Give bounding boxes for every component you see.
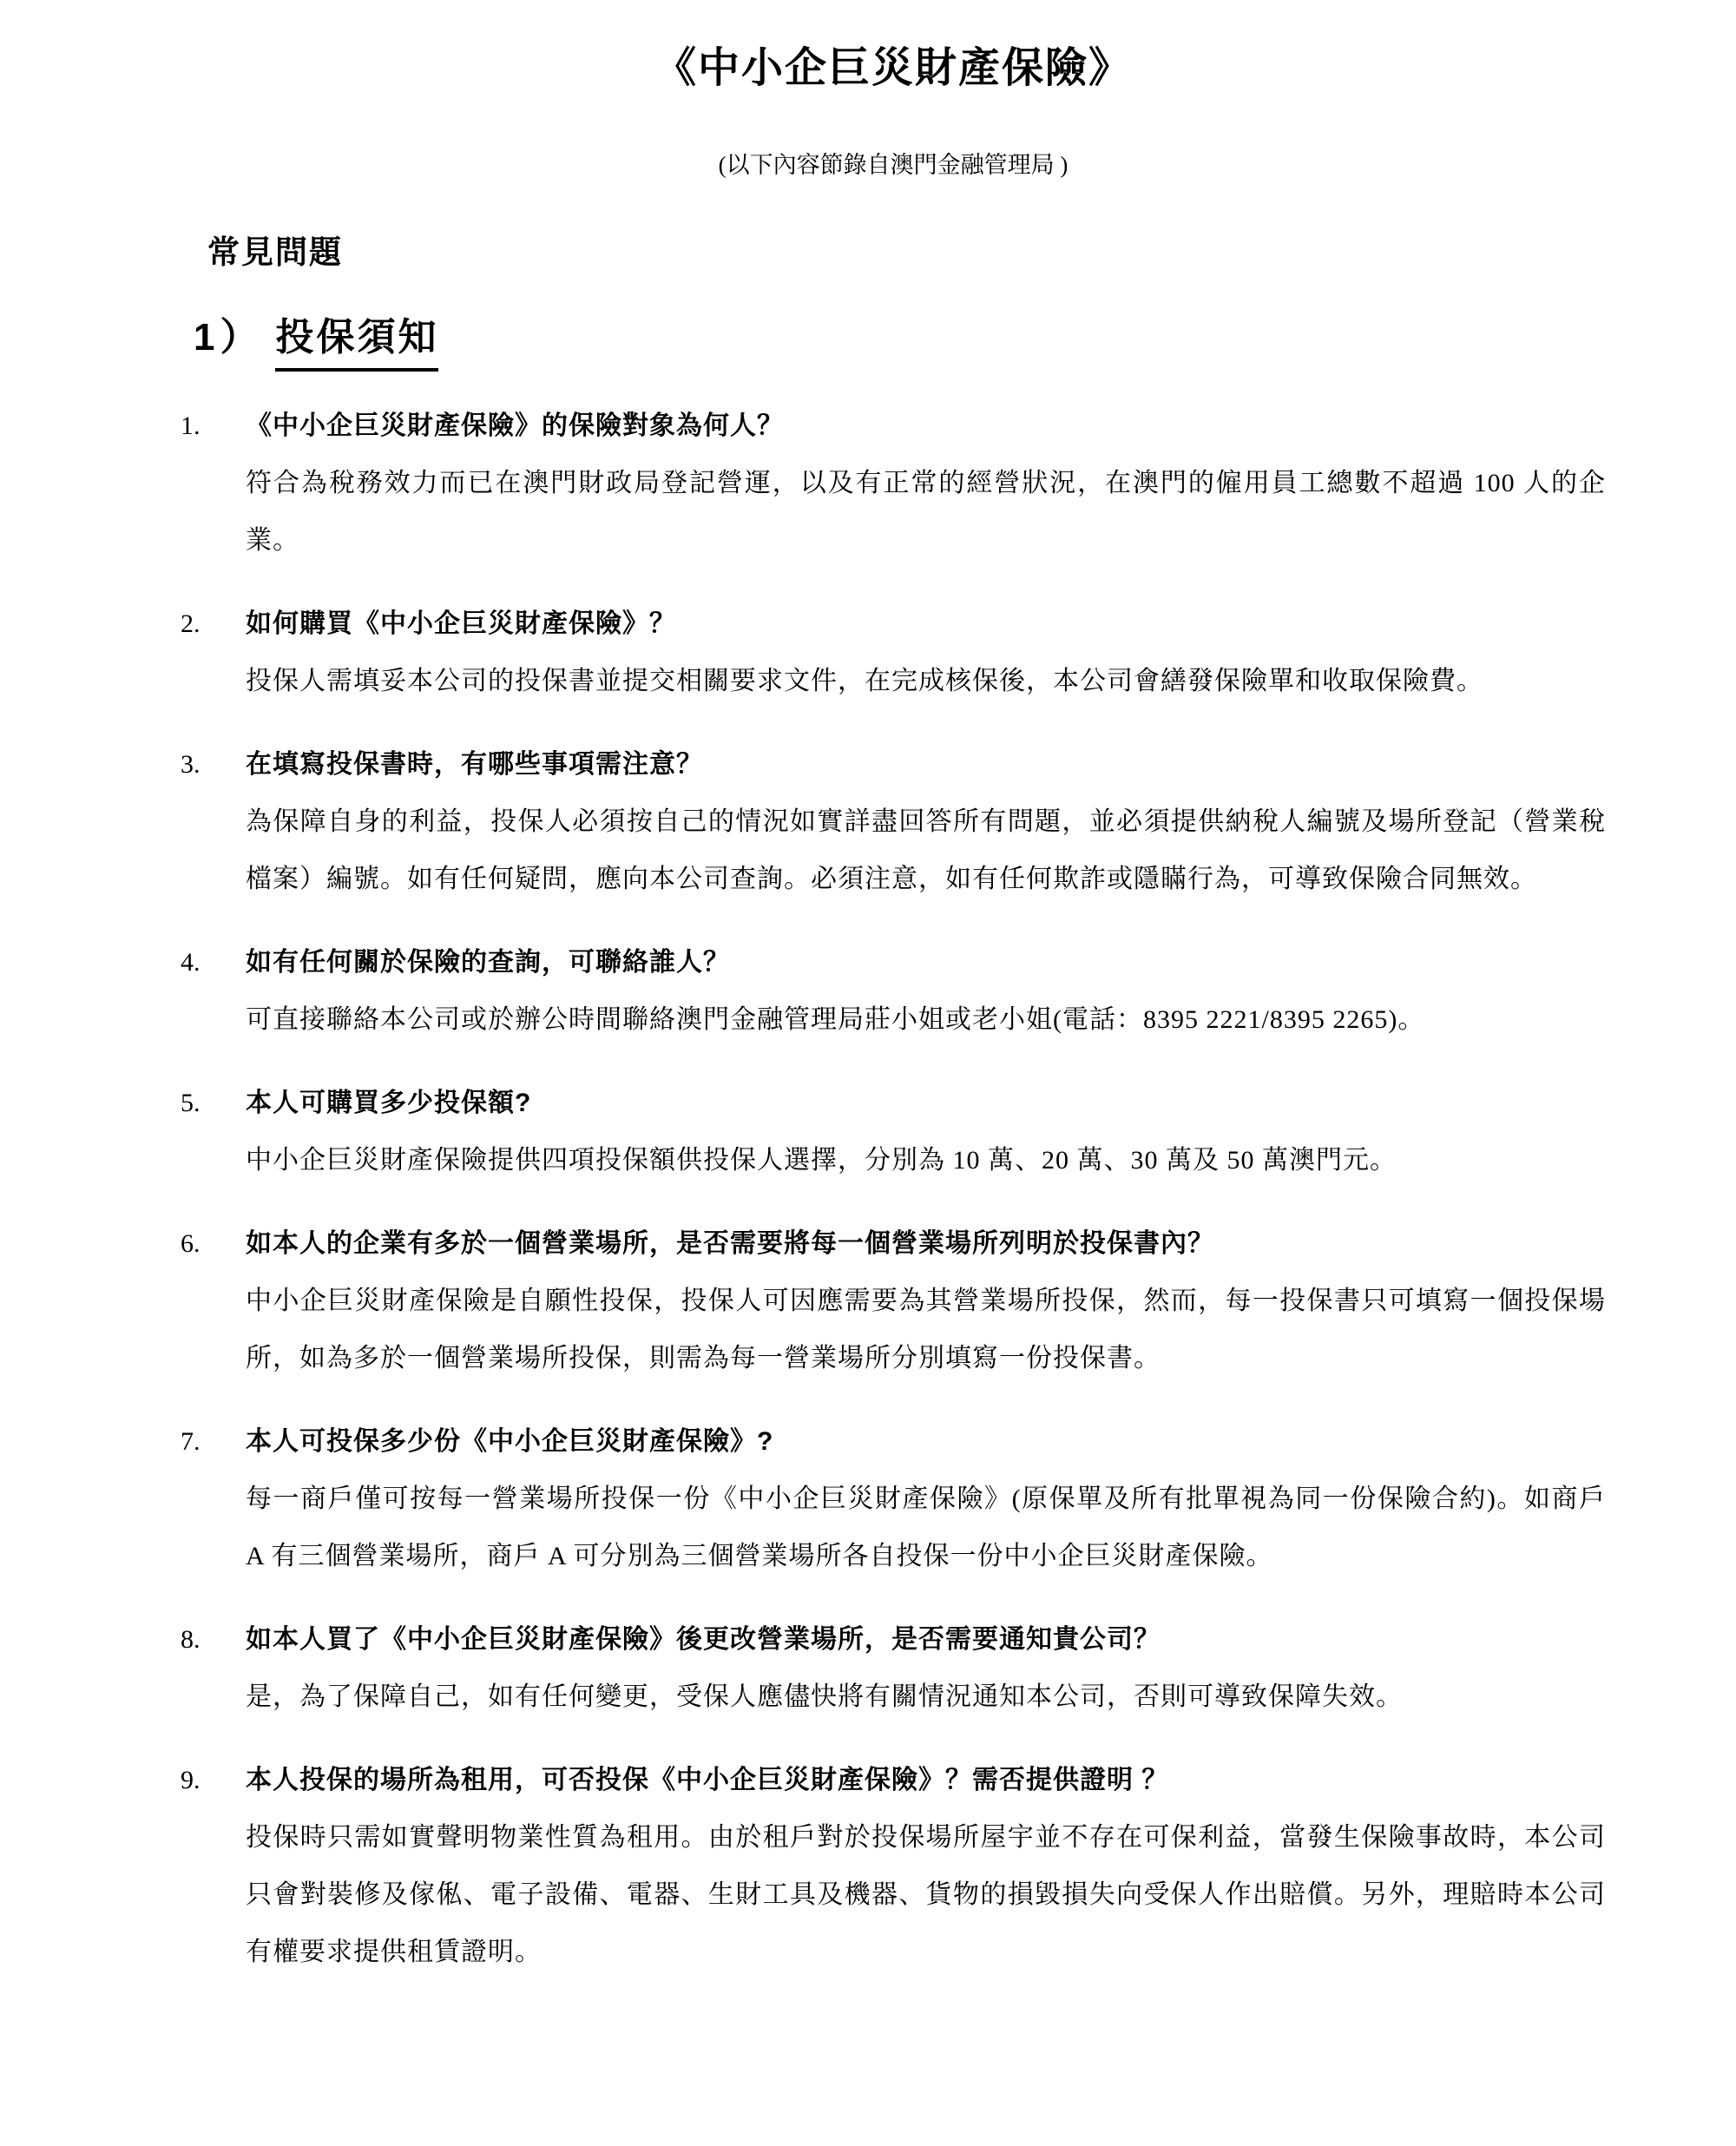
- faq-body: 本人可購買多少投保額? 中小企巨災財產保險提供四項投保額供投保人選擇，分別為 1…: [246, 1075, 1606, 1189]
- faq-number: 2.: [181, 596, 246, 653]
- faq-item: 8. 如本人買了《中小企巨災財產保險》後更改營業場所，是否需要通知貴公司？ 是，…: [181, 1611, 1606, 1726]
- faq-body: 如本人的企業有多於一個營業場所，是否需要將每一個營業場所列明於投保書內？ 中小企…: [246, 1215, 1606, 1387]
- faq-answer: 投保時只需如實聲明物業性質為租用。由於租戶對於投保場所屋宇並不存在可保利益，當發…: [246, 1809, 1606, 1981]
- faq-question: 本人投保的場所為租用，可否投保《中小企巨災財產保險》？需否提供證明 ？: [246, 1752, 1606, 1809]
- faq-answer: 為保障自身的利益，投保人必須按自己的情況如實詳盡回答所有問題，並必須提供納稅人編…: [246, 793, 1606, 908]
- faq-answer: 是，為了保障自己，如有任何變更，受保人應儘快將有關情況通知本公司，否則可導致保障…: [246, 1669, 1606, 1726]
- faq-body: 本人可投保多少份《中小企巨災財產保險》? 每一商戶僅可按每一營業場所投保一份《中…: [246, 1413, 1606, 1585]
- faq-number: 9.: [181, 1752, 246, 1809]
- faq-body: 如有任何關於保險的查詢，可聯絡誰人？ 可直接聯絡本公司或於辦公時間聯絡澳門金融管…: [246, 934, 1606, 1049]
- faq-question: 如本人買了《中小企巨災財產保險》後更改營業場所，是否需要通知貴公司？: [246, 1611, 1606, 1669]
- faq-number: 3.: [181, 736, 246, 793]
- faq-item: 5. 本人可購買多少投保額? 中小企巨災財產保險提供四項投保額供投保人選擇，分別…: [181, 1075, 1606, 1189]
- subsection-heading: 1）投保須知: [194, 312, 1606, 371]
- faq-item: 3. 在填寫投保書時，有哪些事項需注意？ 為保障自身的利益，投保人必須按自己的情…: [181, 736, 1606, 908]
- faq-answer: 中小企巨災財產保險提供四項投保額供投保人選擇，分別為 10 萬、20 萬、30 …: [246, 1132, 1606, 1189]
- faq-question: 本人可投保多少份《中小企巨災財產保險》?: [246, 1413, 1606, 1471]
- faq-body: 本人投保的場所為租用，可否投保《中小企巨災財產保險》？需否提供證明 ？ 投保時只…: [246, 1752, 1606, 1981]
- document-title: 《中小企巨災財產保險》: [181, 38, 1606, 99]
- faq-number: 7.: [181, 1413, 246, 1471]
- faq-item: 6. 如本人的企業有多於一個營業場所，是否需要將每一個營業場所列明於投保書內？ …: [181, 1215, 1606, 1387]
- faq-number: 1.: [181, 398, 246, 455]
- faq-item: 9. 本人投保的場所為租用，可否投保《中小企巨災財產保險》？需否提供證明 ？ 投…: [181, 1752, 1606, 1981]
- faq-question: 如有任何關於保險的查詢，可聯絡誰人？: [246, 934, 1606, 991]
- faq-number: 8.: [181, 1611, 246, 1669]
- faq-question: 在填寫投保書時，有哪些事項需注意？: [246, 736, 1606, 793]
- faq-answer: 可直接聯絡本公司或於辦公時間聯絡澳門金融管理局莊小姐或老小姐(電話：8395 2…: [246, 991, 1606, 1049]
- faq-number: 6.: [181, 1215, 246, 1273]
- document-page: 《中小企巨災財產保險》 (以下內容節錄自澳門金融管理局 ) 常見問題 1）投保須…: [0, 0, 1736, 2146]
- faq-body: 《中小企巨災財產保險》的保險對象為何人？ 符合為稅務效力而已在澳門財政局登記營運…: [246, 398, 1606, 569]
- faq-answer: 每一商戶僅可按每一營業場所投保一份《中小企巨災財產保險》(原保單及所有批單視為同…: [246, 1471, 1606, 1585]
- faq-answer: 符合為稅務效力而已在澳門財政局登記營運，以及有正常的經營狀況，在澳門的僱用員工總…: [246, 455, 1606, 569]
- faq-item: 7. 本人可投保多少份《中小企巨災財產保險》? 每一商戶僅可按每一營業場所投保一…: [181, 1413, 1606, 1585]
- faq-body: 如本人買了《中小企巨災財產保險》後更改營業場所，是否需要通知貴公司？ 是，為了保…: [246, 1611, 1606, 1726]
- subsection-title: 投保須知: [275, 312, 438, 371]
- faq-question: 如本人的企業有多於一個營業場所，是否需要將每一個營業場所列明於投保書內？: [246, 1215, 1606, 1273]
- faq-number: 5.: [181, 1075, 246, 1132]
- document-subtitle: (以下內容節錄自澳門金融管理局 ): [181, 149, 1606, 182]
- faq-item: 4. 如有任何關於保險的查詢，可聯絡誰人？ 可直接聯絡本公司或於辦公時間聯絡澳門…: [181, 934, 1606, 1049]
- faq-body: 在填寫投保書時，有哪些事項需注意？ 為保障自身的利益，投保人必須按自己的情況如實…: [246, 736, 1606, 908]
- faq-answer: 投保人需填妥本公司的投保書並提交相關要求文件，在完成核保後，本公司會繕發保險單和…: [246, 653, 1606, 710]
- subsection-number: 1）: [194, 316, 263, 359]
- faq-question: 如何購買《中小企巨災財產保險》？: [246, 596, 1606, 653]
- faq-list: 1. 《中小企巨災財產保險》的保險對象為何人？ 符合為稅務效力而已在澳門財政局登…: [181, 398, 1606, 1981]
- faq-number: 4.: [181, 934, 246, 991]
- faq-question: 本人可購買多少投保額?: [246, 1075, 1606, 1132]
- faq-item: 2. 如何購買《中小企巨災財產保險》？ 投保人需填妥本公司的投保書並提交相關要求…: [181, 596, 1606, 710]
- faq-item: 1. 《中小企巨災財產保險》的保險對象為何人？ 符合為稅務效力而已在澳門財政局登…: [181, 398, 1606, 569]
- faq-answer: 中小企巨災財產保險是自願性投保，投保人可因應需要為其營業場所投保，然而，每一投保…: [246, 1273, 1606, 1387]
- faq-question: 《中小企巨災財產保險》的保險對象為何人？: [246, 398, 1606, 455]
- section-heading-faq: 常見問題: [207, 232, 1606, 273]
- faq-body: 如何購買《中小企巨災財產保險》？ 投保人需填妥本公司的投保書並提交相關要求文件，…: [246, 596, 1606, 710]
